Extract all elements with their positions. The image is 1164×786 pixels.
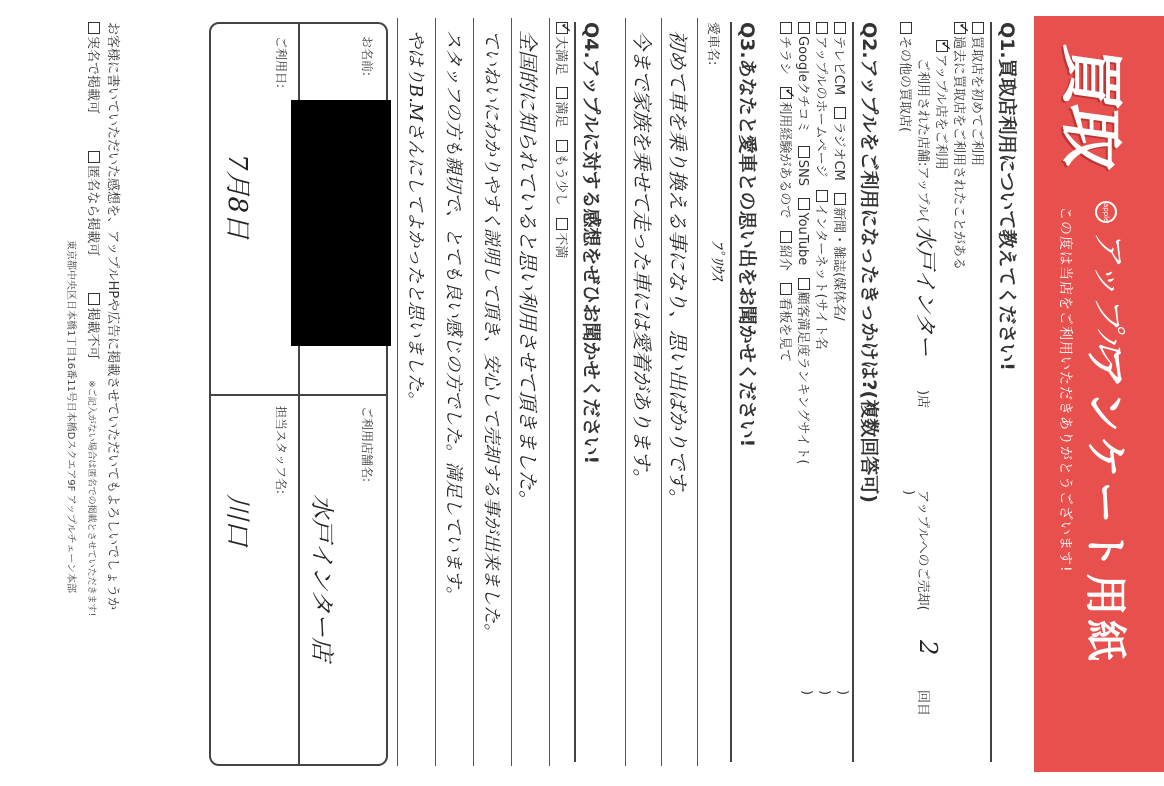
q3-car-label: 愛車名: xyxy=(705,22,724,65)
q4-heading: Q4.アップルに対する感想をぜひお聞かせください! xyxy=(574,22,606,762)
q1-option-used-before[interactable]: 過去に買取店をご利用されたことがある xyxy=(951,22,970,270)
name-label: お名前: xyxy=(359,36,376,76)
checkbox-checked-icon[interactable] xyxy=(954,22,966,34)
consent-real-name[interactable]: 実名で掲載可 xyxy=(85,22,100,114)
q1-option-other[interactable]: その他の買取店( xyxy=(897,22,916,132)
q3-heading: Q3.あなたと愛車との思い出をお聞かせください! xyxy=(730,22,762,762)
info-table: お名前: ご利用店舗名: 水戸インター店 ご利用日: 7月8日 担当スタッフ名:… xyxy=(209,22,388,766)
staff-name-label: 担当スタッフ名: xyxy=(273,406,290,494)
brand-name: appleアップル xyxy=(1087,201,1136,361)
q2-row-1: テレビCM ラジオCM 新聞・雑誌(媒体名/ xyxy=(831,22,850,321)
q2-heading: Q2.アップルをご利用になったきっかけは?(複数回答可) xyxy=(852,22,884,762)
q1-sale-count-value[interactable]: 2 xyxy=(914,640,942,655)
date-value[interactable]: 7月8日 xyxy=(221,154,258,239)
redacted-name-block xyxy=(291,100,391,346)
checkbox-checked-icon[interactable] xyxy=(936,40,948,52)
q1-other-close: ) xyxy=(901,490,916,495)
q2-option[interactable]: テレビCM xyxy=(831,22,846,95)
q2-option[interactable]: ラジオCM xyxy=(831,107,846,180)
q4-option-satisfied[interactable]: 満足 xyxy=(553,87,568,127)
q2-option[interactable]: インターネット(サイト名 xyxy=(813,190,828,350)
q3-car-value[interactable]: ﾌﾟﾘｳｽ xyxy=(707,240,730,280)
q1-sale-count-suffix: 回目 xyxy=(915,690,934,716)
q4-rule xyxy=(473,18,474,766)
q2-option[interactable]: Googleクチコミ xyxy=(795,22,810,133)
staff-name-value[interactable]: 川口 xyxy=(221,494,258,546)
q4-rule xyxy=(549,18,550,766)
date-label: ご利用日: xyxy=(273,36,290,88)
q2-close-paren-2: ) xyxy=(817,690,832,695)
q1-store-suffix: )店 xyxy=(915,390,934,408)
q4-answer-line-1[interactable]: 全国的に知られていると思い利用させて頂きました。 xyxy=(515,30,544,510)
kaitori-logo: 買取 xyxy=(1050,40,1142,173)
q4-answer-line-4[interactable]: やはりB.Mさんにしてよかったと思いました。 xyxy=(404,30,430,409)
apple-badge-icon: apple xyxy=(1096,201,1118,223)
q3-rule xyxy=(697,18,698,766)
q4-option-dissatisfied[interactable]: 不満 xyxy=(553,218,568,258)
consent-note: ※ご記入がない場合は匿名での掲載とさせていただきます! xyxy=(86,380,96,616)
q4-options: 大満足 満足 もう少し 不満 xyxy=(553,22,572,258)
q2-option[interactable]: YouTube xyxy=(795,198,810,265)
q2-row-3: Googleクチコミ SNS YouTube 顧客満足度ランキングサイト( xyxy=(795,22,814,464)
q2-option[interactable]: 新聞・雑誌(媒体名/ xyxy=(831,193,846,320)
q2-option[interactable]: SNS xyxy=(795,146,810,186)
consent-options: 実名で掲載可 匿名なら掲載可 掲載不可 ※ご記入がない場合は匿名での掲載とさせて… xyxy=(85,22,104,616)
q1-sale-count-prefix: アップルへのご売却( xyxy=(915,490,934,611)
q1-heading: Q1.買取店利用について教えてください! xyxy=(990,22,1022,762)
q1-option-first-time[interactable]: 買取店を初めてご利用 xyxy=(969,22,988,166)
q2-option[interactable]: 利用経験があるので xyxy=(777,87,792,218)
q2-option[interactable]: 看板を見て xyxy=(777,283,792,362)
consent-question: お客様に書いていただいた感想を、アップルHPや広告に掲載させていただいてもよろし… xyxy=(105,22,124,610)
consent-anonymous[interactable]: 匿名なら掲載可 xyxy=(85,151,100,256)
q4-answer-line-2[interactable]: ていねいにわかりやすく説明して頂き、安心して売却する事が出来ました。 xyxy=(480,30,506,641)
q1-store-line: ご利用された店舗:アップル( xyxy=(915,58,934,222)
q4-rule xyxy=(511,18,512,766)
footer-address: 東京都中央区日本橋1丁目16番11号日本橋Dスクエア9F アップルチェーン本部 xyxy=(65,240,80,593)
store-name-label: ご利用店舗名: xyxy=(359,406,376,482)
store-name-value[interactable]: 水戸インター店 xyxy=(307,494,342,661)
q4-rule xyxy=(397,18,398,766)
q2-close-paren-3: ) xyxy=(799,690,814,695)
q3-answer-line-2[interactable]: 今まで家族を乗せて走った車には愛着があります。 xyxy=(629,30,658,488)
q2-option[interactable]: チラシ xyxy=(777,22,792,75)
q3-rule xyxy=(661,18,662,766)
header-banner: 買取 appleアップル アンケート用紙 この度は当店をご利用いただきありがとう… xyxy=(1034,16,1164,772)
q2-close-paren-1: ) xyxy=(835,690,850,695)
q4-answer-line-3[interactable]: スタッフの方も親切で、とても良い感じの方でした。満足しています。 xyxy=(442,30,468,604)
q2-row-2: アップルのホームページ インターネット(サイト名 xyxy=(813,22,832,350)
q3-rule xyxy=(625,18,626,766)
q1-sub-option-apple[interactable]: アップル店をご利用 xyxy=(933,40,952,170)
q2-row-4: チラシ 利用経験があるので 紹介 看板を見て xyxy=(777,22,796,362)
q2-option[interactable]: 紹介 xyxy=(777,231,792,271)
q4-rule xyxy=(435,18,436,766)
brand-label: アップル xyxy=(1088,229,1128,361)
checkbox-icon[interactable] xyxy=(972,22,984,34)
checkbox-icon[interactable] xyxy=(900,22,912,34)
survey-sheet: 買取 appleアップル アンケート用紙 この度は当店をご利用いただきありがとう… xyxy=(0,0,1164,786)
q1-store-handwritten[interactable]: 水戸インター xyxy=(911,225,942,356)
tagline: この度は当店をご利用いただきありがとうございます! xyxy=(1056,206,1076,573)
form-title: アンケート用紙 xyxy=(1078,346,1138,665)
q4-option-so-so[interactable]: もう少し xyxy=(553,140,568,206)
q3-answer-line-1[interactable]: 初めて車を乗り換える事になり、思い出ばかりです。 xyxy=(665,30,694,508)
consent-no-publish[interactable]: 掲載不可 xyxy=(85,293,100,359)
q2-option[interactable]: アップルのホームページ xyxy=(813,22,828,177)
q2-option[interactable]: 顧客満足度ランキングサイト( xyxy=(795,278,810,465)
q4-option-very-satisfied[interactable]: 大満足 xyxy=(553,22,568,75)
